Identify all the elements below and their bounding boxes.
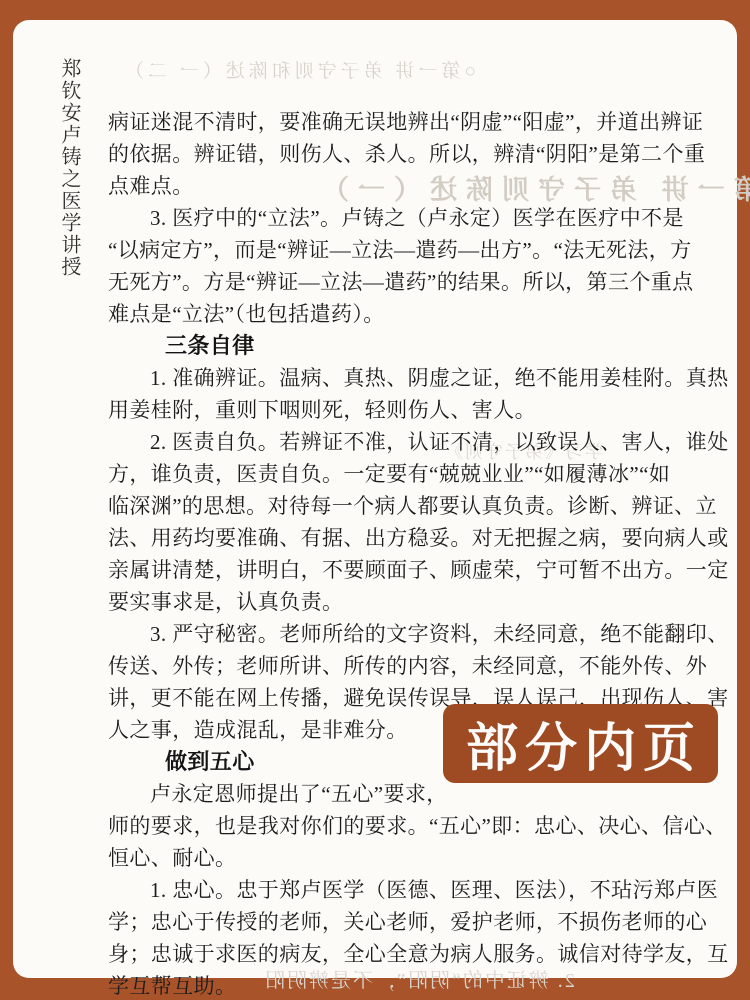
book-inner-page-photo: { "page": { "spine_title": "郑钦安卢铸之医学讲授",… [0,0,750,1000]
text-line: 师的要求，也是我对你们的要求。“五心”即：忠心、决心、信心、 [108,810,740,842]
text-line: 1. 准确辨证。温病、真热、阴虚之证，绝不能用姜桂附。真热 [108,362,740,394]
text-line: 身；忠诚于求医的病友，全心全意为病人服务。诚信对待学友，互 [108,938,740,970]
text-line: 亲属讲清楚，讲明白，不要顾面子、顾虚荣，宁可暂不出方。一定 [108,554,740,586]
text-line: 要实事求是，认真负责。 [108,586,740,618]
text-line: 点难点。 [108,170,740,202]
text-line: 方，谁负责，医责自负。一定要有“兢兢业业”“如履薄冰”“如 [108,458,740,490]
inner-pages-badge: 部分内页 [443,704,718,783]
text-line: “以病定方”，而是“辨证—立法—遣药—出方”。“法无死法，方 [108,234,740,266]
text-line: 恒心、耐心。 [108,842,740,874]
section-heading: 三条自律 [108,330,740,362]
text-line: 法、用药均要准确、有据、出方稳妥。对无把握之病，要向病人或 [108,522,740,554]
spine-title: 郑钦安卢铸之医学讲授 [55,58,84,288]
text-line: 传送、外传；老师所讲、所传的内容，未经同意，不能外传、外 [108,650,740,682]
text-line: 病证迷混不清时，要准确无误地辨出“阴虚”“阳虚”，并道出辨证 [108,106,740,138]
text-line: 学互帮互助。 [108,970,740,1000]
text-line: 3. 严守秘密。老师所给的文字资料，未经同意，绝不能翻印、 [108,618,740,650]
text-line: 用姜桂附，重则下咽则死，轻则伤人、害人。 [108,394,740,426]
text-line: 1. 忠心。忠于郑卢医学（医德、医理、医法），不玷污郑卢医 [108,874,740,906]
text-line: 学；忠心于传授的老师，关心老师，爱护老师，不损伤老师的心 [108,906,740,938]
text-line: 3. 医疗中的“立法”。卢铸之（卢永定）医学在医疗中不是 [108,202,740,234]
text-line: 无死方”。方是“辨证—立法—遣药”的结果。所以，第三个重点 [108,266,740,298]
text-line: 临深渊”的思想。对待每一个病人都要认真负责。诊断、辨证、立 [108,490,740,522]
text-line: 的依据。辨证错，则伤人、杀人。所以，辨清“阴阳”是第二个重 [108,138,740,170]
text-line: 难点是“立法”（也包括遣药）。 [108,298,740,330]
body-text: 病证迷混不清时，要准确无误地辨出“阴虚”“阳虚”，并道出辨证 的依据。辨证错，则… [108,106,740,1000]
text-line: 2. 医责自负。若辨证不准，认证不清，以致误人、害人，谁处 [108,426,740,458]
bleedthrough-text: ○第一讲 弟子守则和陈述（一 二） [121,56,476,83]
book-page: ○第一讲 弟子守则和陈述（一 二） 第一讲 弟子守则陈述（一） 学习《弟子守则》… [13,20,737,978]
